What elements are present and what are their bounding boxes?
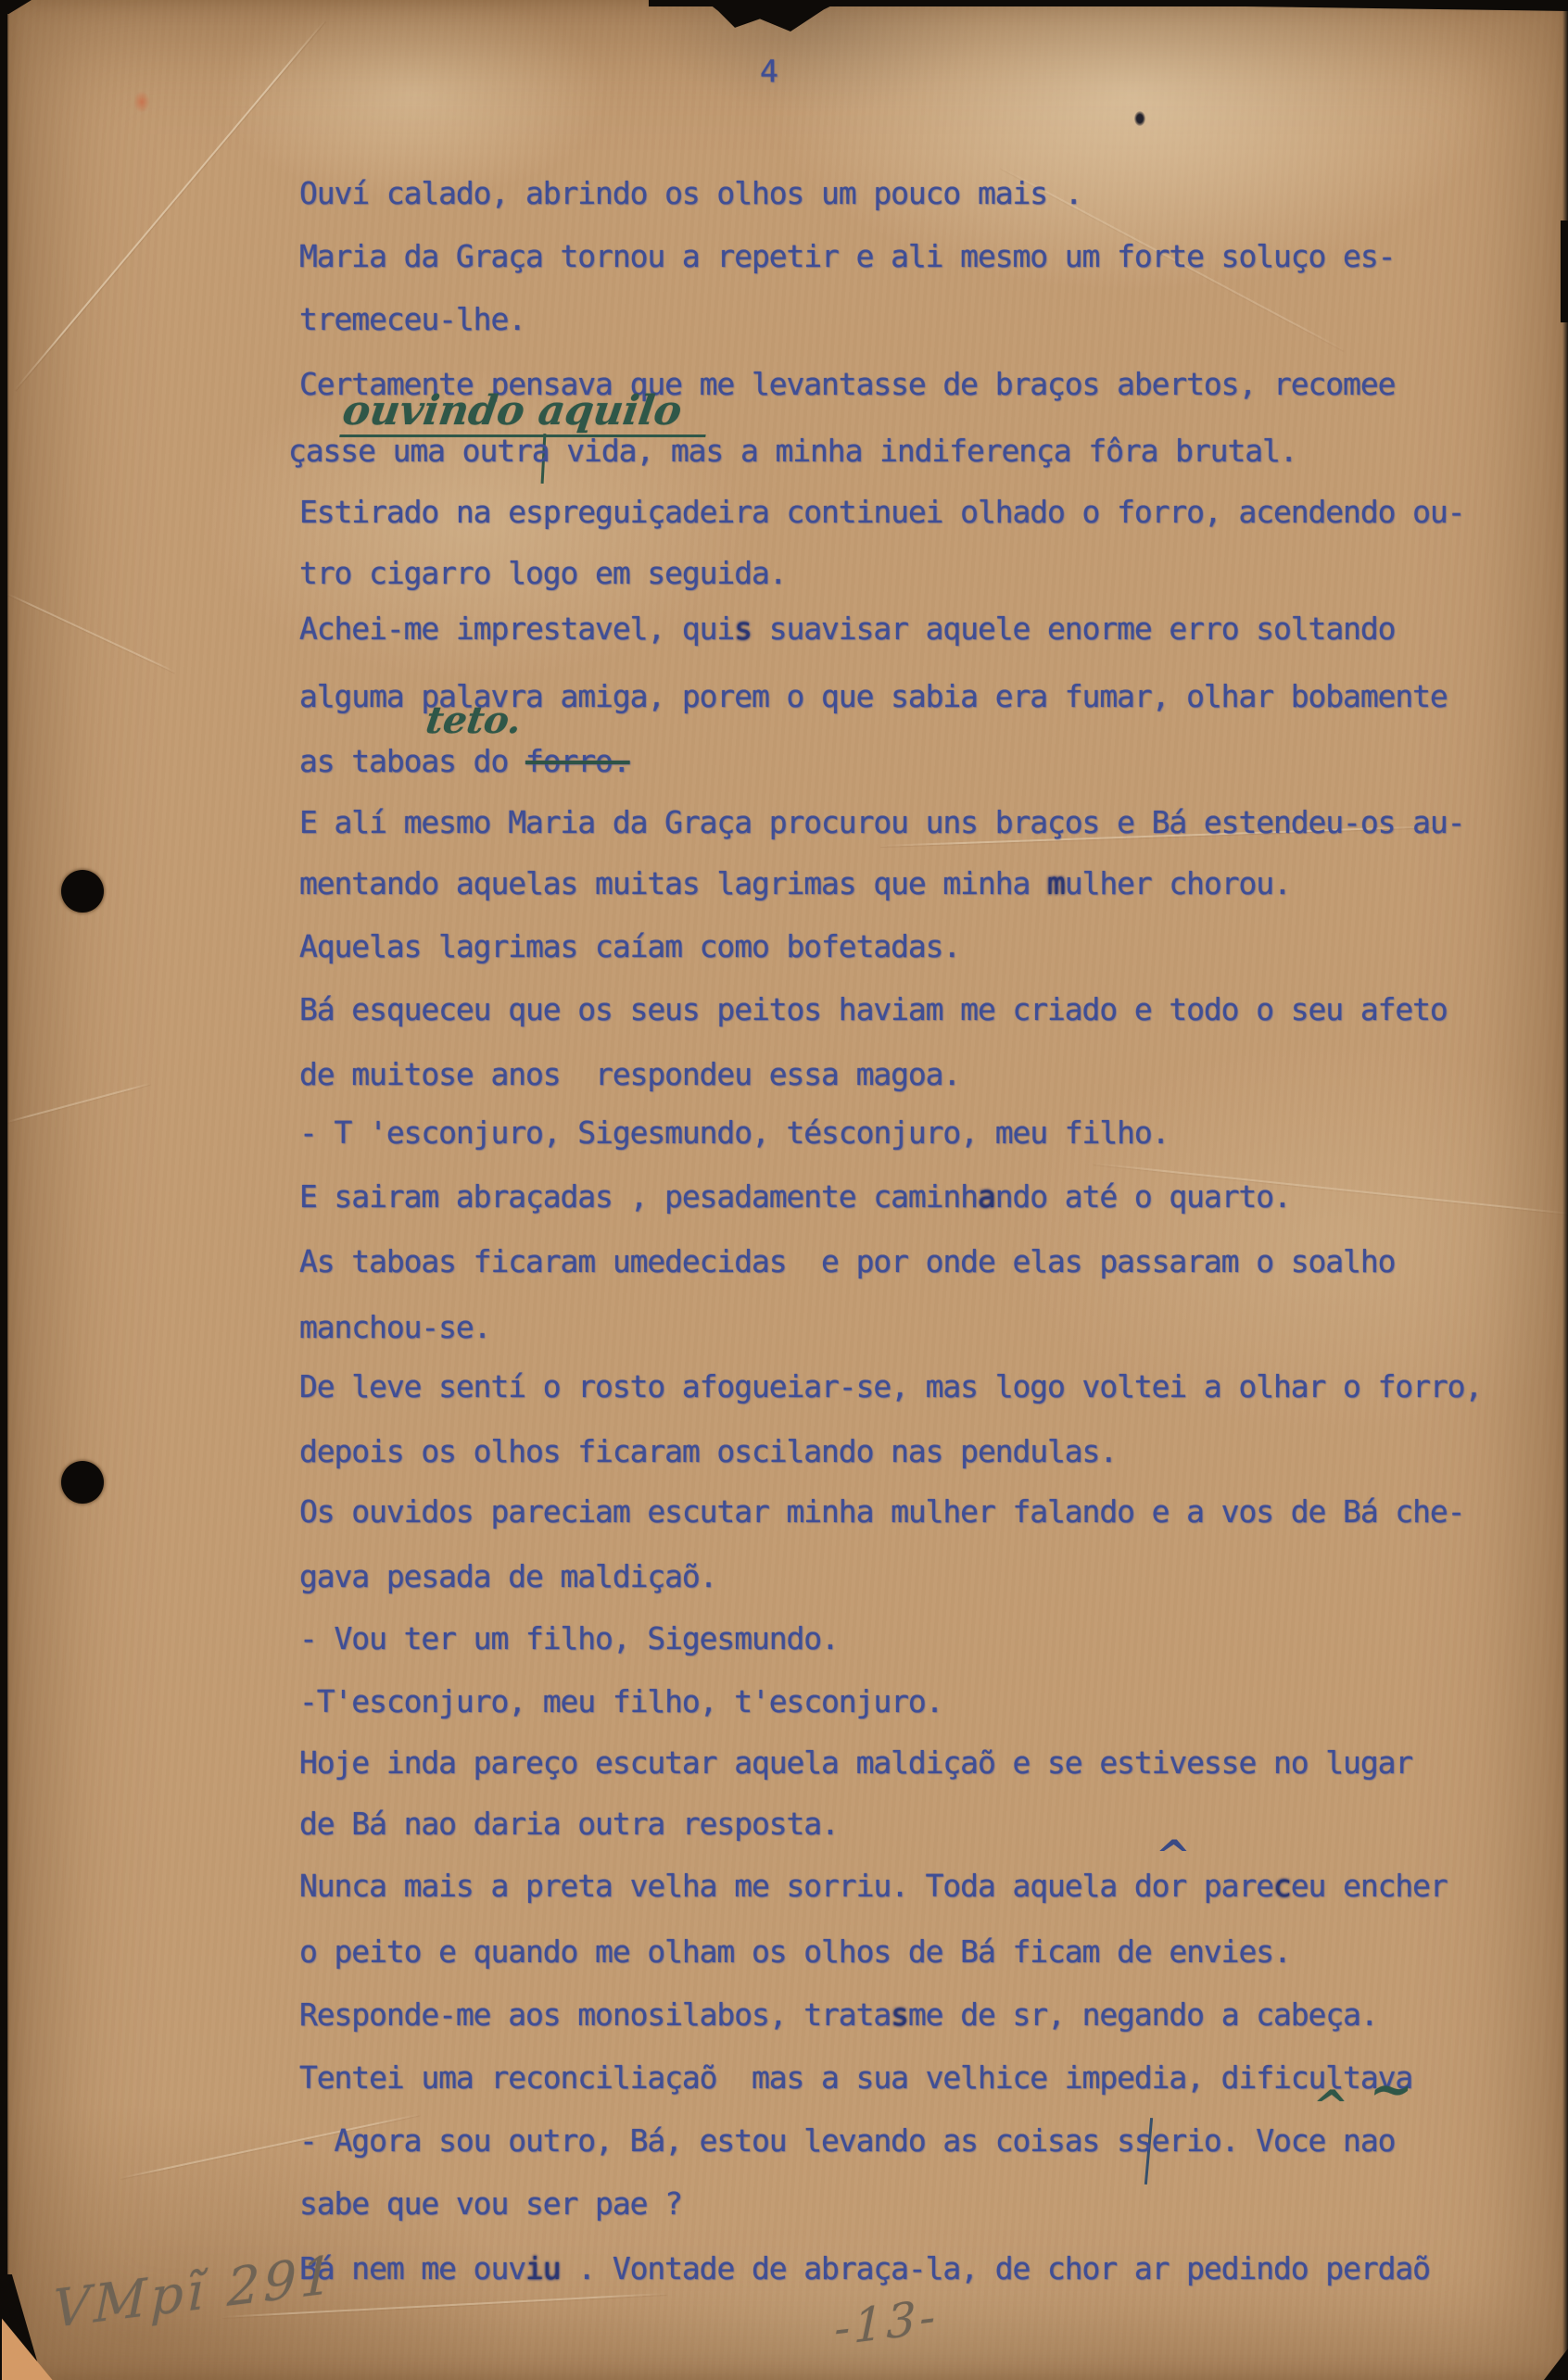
typed-line-28: Nunca mais a preta velha me sorriu. Toda… [299,1869,1448,1904]
pencil-page-number: -13- [834,2289,940,2356]
punch-hole-upper [61,870,104,913]
typed-line-29: o peito e quando me olham os olhos de Bá… [299,1934,1291,1970]
typed-line-27: de Bá nao daria outra resposta. [299,1807,839,1842]
typed-line-32: - Agora sou outro, Bá, estou levando as … [299,2123,1395,2159]
page-number: 4 [760,54,778,89]
pencil-archive-code: VMpĩ 291 [53,2245,337,2340]
punch-hole-lower [61,1461,104,1504]
typed-line-6: Estirado na espreguiçadeira continuei ol… [299,495,1464,530]
typed-line-31: Tentei uma reconciliaçaõ mas a sua velhi… [299,2060,1412,2096]
typed-line-16: - T 'esconjuro, Sigesmundo, tésconjuro, … [299,1115,1169,1151]
typed-line-22: Os ouvidos pareciam escutar minha mulher… [299,1494,1464,1530]
crease-left-upper [7,593,176,673]
typed-line-34: Bá nem me ouviu . Vontade de abraça-la, … [299,2251,1430,2286]
scanned-manuscript-page: { "document": { "language": "Portuguese"… [0,0,1568,2380]
accent-circumflex-dor: ^ [1152,1831,1193,1881]
typed-line-25: -T'esconjuro, meu filho, t'esconjuro. [299,1684,942,1719]
typed-line-1: Ouví calado, abrindo os olhos um pouco m… [299,176,1082,211]
typed-line-30: Responde-me aos monosilabos, tratasme de… [299,1997,1378,2033]
accent-circumflex-voce: ^ [1309,2081,1351,2131]
typed-line-24: - Vou ter um filho, Sigesmundo. [299,1621,839,1656]
paper-sheet: 4 Ouví calado, abrindo os olhos um pouco… [7,0,1568,2380]
typed-line-20: De leve sentí o rosto afogueiar-se, mas … [299,1369,1482,1404]
typed-line-3: tremeceu-lhe. [299,302,525,337]
right-scan-edge [1562,0,1568,2380]
typed-line-10: as taboas do forro. [299,744,630,779]
typed-line-13: Aquelas lagrimas caíam como bofetadas. [299,929,960,964]
typed-line-5: çasse uma outra vida, mas a minha indife… [288,434,1297,469]
typed-line-17: E sairam abraçadas , pesadamente caminha… [299,1179,1291,1215]
typed-line-18: As taboas ficaram umedecidas e por onde … [299,1244,1395,1279]
typed-line-33: sabe que vou ser pae ? [299,2186,682,2222]
ink-dot [1134,111,1145,126]
accent-tilde-nao: ~ [1365,2059,1417,2120]
left-scan-edge [0,0,9,2380]
typed-line-8: Achei-me imprestavel, quis suavisar aque… [299,611,1395,647]
typed-line-23: gava pesada de maldiçaõ. [299,1559,716,1594]
typed-line-12: mentando aquelas muitas lagrimas que min… [299,866,1291,901]
typed-line-7: tro cigarro logo em seguida. [299,556,787,591]
typed-line-26: Hoje inda pareço escutar aquela maldiçaõ… [299,1745,1412,1781]
right-edge-notch [1561,220,1568,322]
typed-line-15: de muitose anos respondeu essa magoa. [299,1057,960,1092]
typed-line-11: E alí mesmo Maria da Graça procurou uns … [299,805,1464,840]
red-stain-spot [133,91,150,113]
typed-line-19: manchou-se. [299,1310,490,1345]
typed-line-2: Maria da Graça tornou a repetir e ali me… [299,239,1395,274]
insertion-ouvindo-aquilo: ouvindo aquilo [339,387,713,437]
typed-line-21: depois os olhos ficaram oscilando nas pe… [299,1434,1117,1469]
crease-left-mid [7,1083,151,1123]
crease-top-left [14,20,325,391]
typed-line-14: Bá esqueceu que os seus peitos haviam me… [299,992,1448,1027]
correction-teto: teto. [424,699,525,742]
